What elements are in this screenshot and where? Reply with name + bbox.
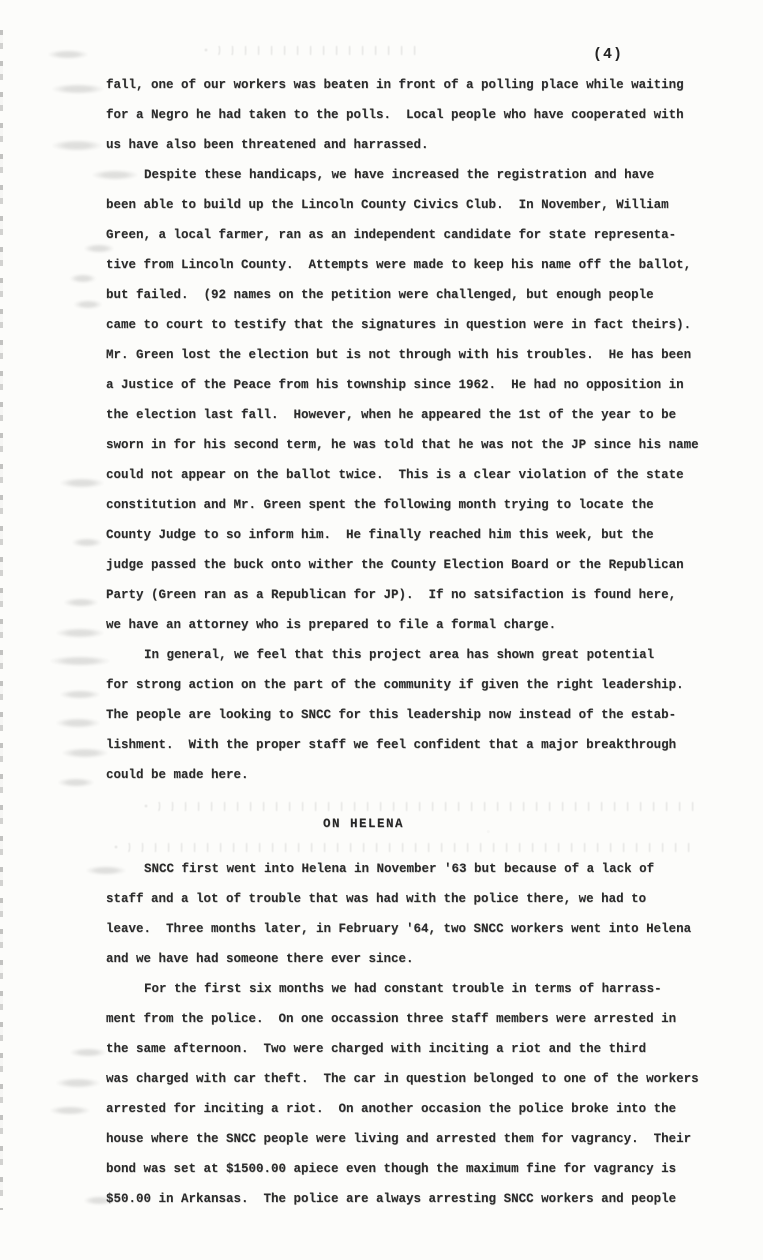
text-line: Despite these handicaps, we have increas… bbox=[106, 160, 736, 190]
scan-smudge bbox=[84, 1196, 114, 1205]
scan-smudge bbox=[86, 866, 126, 875]
text-line: For the first six months we had constant… bbox=[106, 974, 736, 1004]
scan-smudge bbox=[74, 300, 102, 309]
paragraph: SNCC first went into Helena in November … bbox=[106, 854, 736, 974]
text-line: lishment. With the proper staff we feel … bbox=[106, 730, 736, 760]
scanned-document-page: (4) fall, one of our workers was beaten … bbox=[0, 0, 763, 1260]
section-heading: ON HELENA bbox=[106, 809, 736, 839]
scan-smudge bbox=[50, 1106, 90, 1115]
scan-smudge bbox=[60, 690, 100, 699]
text-line: a Justice of the Peace from his township… bbox=[106, 370, 736, 400]
text-line: for strong action on the part of the com… bbox=[106, 670, 736, 700]
text-line: but failed. (92 names on the petition we… bbox=[106, 280, 736, 310]
scan-edge-artifact bbox=[0, 30, 3, 1210]
paragraph: For the first six months we had constant… bbox=[106, 974, 736, 1214]
scan-smudge bbox=[62, 748, 108, 758]
text-line: SNCC first went into Helena in November … bbox=[106, 854, 736, 884]
text-line: $50.00 in Arkansas. The police are alway… bbox=[106, 1184, 736, 1214]
scan-smudge bbox=[48, 50, 88, 59]
text-line: came to court to testify that the signat… bbox=[106, 310, 736, 340]
scan-noise-band bbox=[140, 802, 700, 811]
text-line: The people are looking to SNCC for this … bbox=[106, 700, 736, 730]
scan-noise-band bbox=[200, 46, 420, 55]
text-line: Green, a local farmer, ran as an indepen… bbox=[106, 220, 736, 250]
paragraph: In general, we feel that this project ar… bbox=[106, 640, 736, 790]
scan-smudge bbox=[84, 244, 114, 253]
scan-smudge bbox=[70, 1048, 106, 1057]
text-line: Party (Green ran as a Republican for JP)… bbox=[106, 580, 736, 610]
scan-smudge bbox=[56, 1078, 100, 1088]
paragraph: fall, one of our workers was beaten in f… bbox=[106, 70, 736, 160]
text-line: In general, we feel that this project ar… bbox=[106, 640, 736, 670]
text-line: we have an attorney who is prepared to f… bbox=[106, 610, 736, 640]
document-body: fall, one of our workers was beaten in f… bbox=[106, 70, 736, 1214]
text-line: house where the SNCC people were living … bbox=[106, 1124, 736, 1154]
scan-smudge bbox=[50, 656, 110, 666]
scan-smudge bbox=[58, 778, 94, 787]
text-line: us have also been threatened and harrass… bbox=[106, 130, 736, 160]
scan-smudge bbox=[52, 84, 104, 94]
text-line: Mr. Green lost the election but is not t… bbox=[106, 340, 736, 370]
scan-smudge bbox=[70, 274, 96, 283]
scan-smudge bbox=[56, 718, 100, 728]
text-line: the same afternoon. Two were charged wit… bbox=[106, 1034, 736, 1064]
text-line: fall, one of our workers was beaten in f… bbox=[106, 70, 736, 100]
text-line: could be made here. bbox=[106, 760, 736, 790]
text-line: staff and a lot of trouble that was had … bbox=[106, 884, 736, 914]
scan-noise-band bbox=[110, 843, 700, 852]
scan-smudge bbox=[72, 538, 102, 547]
text-line: been able to build up the Lincoln County… bbox=[106, 190, 736, 220]
text-line: constitution and Mr. Green spent the fol… bbox=[106, 490, 736, 520]
scan-smudge bbox=[56, 628, 104, 638]
text-line: was charged with car theft. The car in q… bbox=[106, 1064, 736, 1094]
text-line: arrested for inciting a riot. On another… bbox=[106, 1094, 736, 1124]
text-line: leave. Three months later, in February '… bbox=[106, 914, 736, 944]
text-line: tive from Lincoln County. Attempts were … bbox=[106, 250, 736, 280]
text-line: ment from the police. On one occassion t… bbox=[106, 1004, 736, 1034]
page-number: (4) bbox=[593, 46, 623, 63]
text-line: the election last fall. However, when he… bbox=[106, 400, 736, 430]
text-line: could not appear on the ballot twice. Th… bbox=[106, 460, 736, 490]
scan-smudge bbox=[52, 140, 102, 151]
text-line: County Judge to so inform him. He finall… bbox=[106, 520, 736, 550]
scan-smudge bbox=[92, 170, 138, 180]
text-line: for a Negro he had taken to the polls. L… bbox=[106, 100, 736, 130]
scan-smudge bbox=[64, 598, 98, 607]
text-line: sworn in for his second term, he was tol… bbox=[106, 430, 736, 460]
text-line: and we have had someone there ever since… bbox=[106, 944, 736, 974]
text-line: judge passed the buck onto wither the Co… bbox=[106, 550, 736, 580]
text-line: bond was set at $1500.00 apiece even tho… bbox=[106, 1154, 736, 1184]
scan-smudge bbox=[60, 478, 104, 488]
paragraph: Despite these handicaps, we have increas… bbox=[106, 160, 736, 640]
